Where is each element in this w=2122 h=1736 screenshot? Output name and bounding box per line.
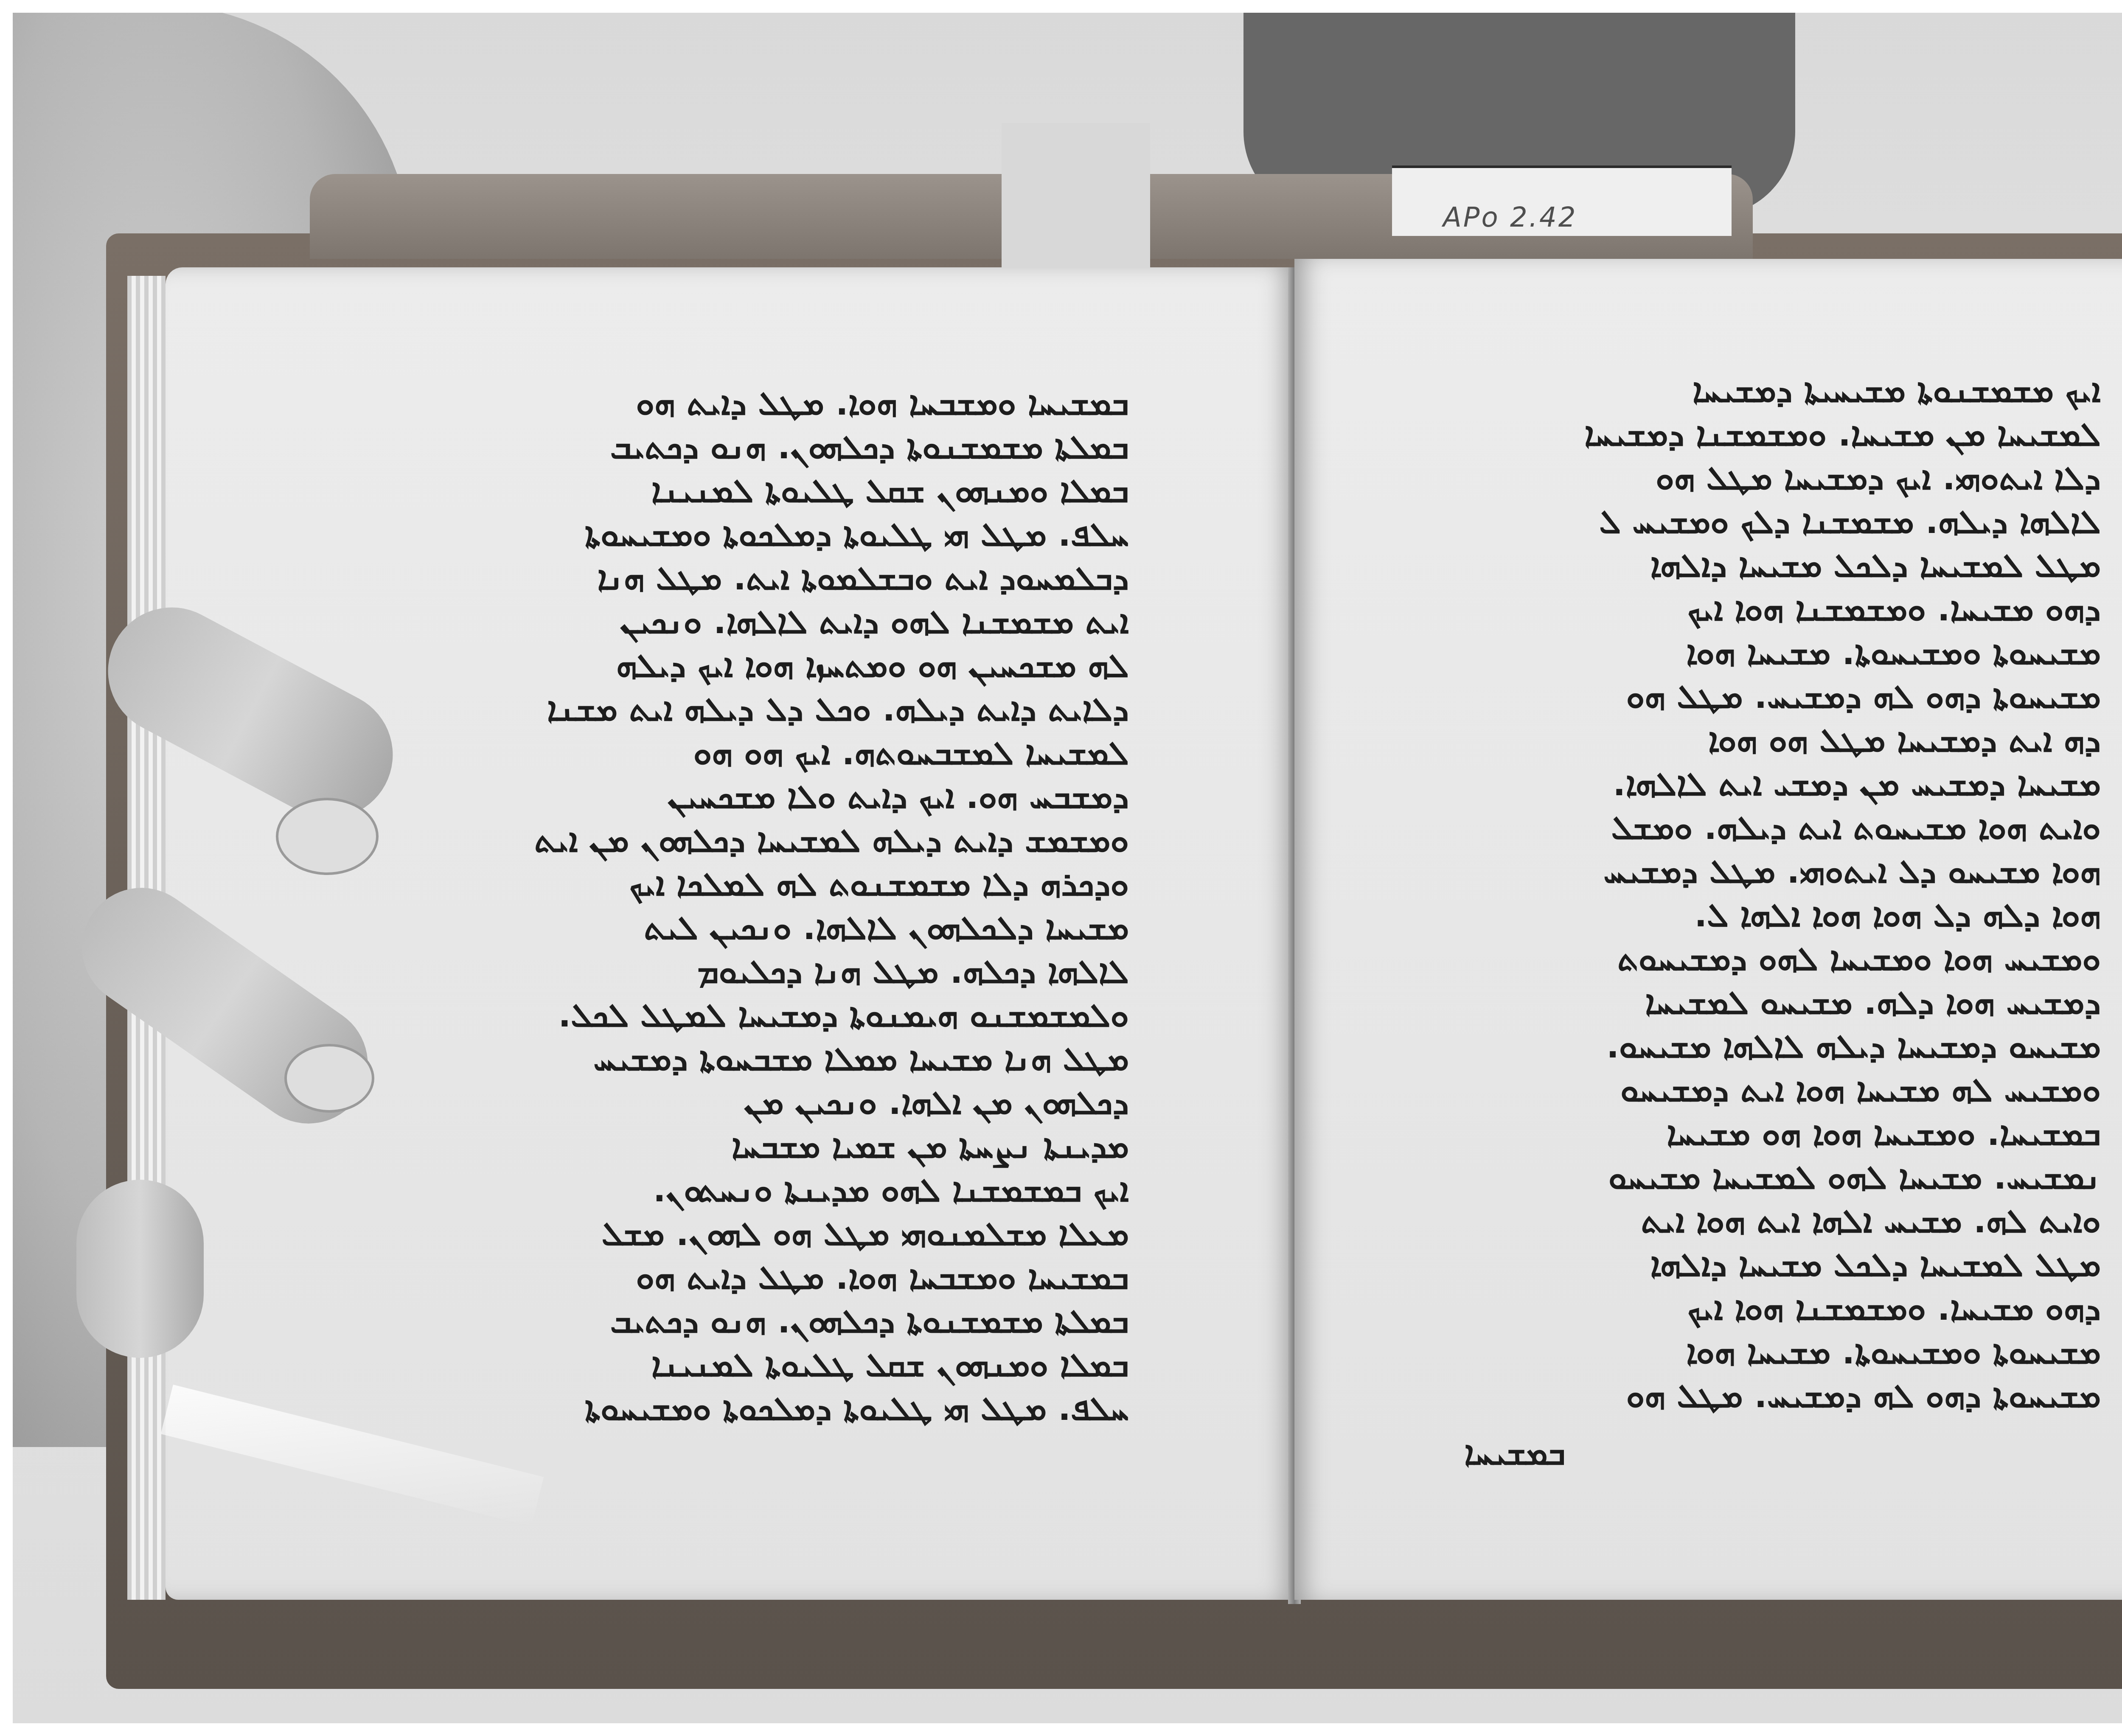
text-line: ܘܐܝܬ ܗܘܐ ܡܫܝܚܘܬ ܐܝܬ ܕܝܠܗ. ܘܡܫܠ bbox=[1451, 806, 2101, 850]
text-line: ܡܫܝܚܘܬܐ ܕܗܘ ܠܗ ܕܡܫܝܚ. ܡܛܠ ܗܘ bbox=[1451, 1374, 2101, 1418]
text-line: ܕܒܠܡܚܘܕ ܐܝܬ ܘܒܫܠܡܘܬܐ ܐܝܬ. ܡܛܠ ܗܢܐ bbox=[492, 557, 1129, 600]
text-line: ܕܗܘ ܡܫܝܚܐ. ܘܡܫܡܫܢܐ ܗܘܐ ܐܝܟ bbox=[1451, 588, 2101, 631]
text-line: ܕܠܐ ܐܝܬܘܗܝ. ܐܝܟ ܕܡܫܝܚܐ ܡܛܠ ܗܘ bbox=[1451, 457, 2101, 500]
text-line: ܕܡܫܝܚ ܗܘܐ ܕܠܗ. ܡܫܝܚܘ ܠܡܫܝܚܐ bbox=[1451, 981, 2101, 1025]
text-line: ܒܡܠܐ ܘܡܢܗܘܢ ܫܩܠ ܛܠܝܘܬܐ ܠܡܢܝܢܐ bbox=[492, 469, 1129, 513]
text-line: ܐܝܟ ܒܡܫܡܫܢܐ ܠܗܘ ܡܕܝܢܬܐ ܘܢܚܬܘܢ. bbox=[492, 1169, 1129, 1212]
left-fingernail bbox=[284, 1044, 374, 1113]
right-page-text: ܐܝܟ ܡܫܡܫܢܘܬܐ ܡܫܝܚܝܬܐ ܕܡܫܝܚܐ ܠܡܫܝܚܐ ܡܢ ܡܫ… bbox=[1451, 369, 2101, 1418]
left-thumbnail bbox=[276, 798, 379, 875]
left-page-text: ܒܡܫܝܚܐ ܘܡܫܒܚܐ ܗܘܐ. ܡܛܠ ܕܐܝܬ ܗܘ ܒܡܠܬܐ ܡܫܡ… bbox=[492, 382, 1129, 1431]
text-line: ܒܡܠܐ ܘܡܢܗܘܢ ܫܩܠ ܛܠܝܘܬܐ ܠܡܢܝܢܐ bbox=[492, 1343, 1129, 1387]
text-line: ܕܗ ܐܝܬ ܕܡܫܝܚܐ ܡܛܠ ܗܘ ܗܘܐ bbox=[1451, 719, 2101, 763]
text-line: ܢܡܫܝܚ. ܡܫܝܚܐ ܠܗܘ ܠܡܫܝܚܐ ܡܫܝܚܘ bbox=[1451, 1156, 2101, 1200]
text-line: ܡܫܝܚܘܬܐ ܘܡܫܝܚܘܬܐ. ܡܫܝܚܐ ܗܘܐ bbox=[1451, 1331, 2101, 1374]
text-line: ܡܫܝܚܘ ܕܡܫܝܚܐ ܕܝܠܗ ܠܐܠܗܐ ܡܫܝܚܘ. bbox=[1451, 1025, 2101, 1069]
text-line: ܡܥܠܐ ܡܫܠܡܢܘܗܝ ܡܛܠ ܗܘ ܠܗܘܢ. ܡܫܠ bbox=[492, 1212, 1129, 1256]
text-line: ܒܡܫܝܚܐ. ܘܡܫܝܚܐ ܗܘܐ ܗܘ ܡܫܝܚܐ bbox=[1451, 1112, 2101, 1156]
text-line: ܗܘܐ ܕܠܗ ܕܠ ܗܘܐ ܗܘܐ ܐܠܗܐ ܠ. bbox=[1451, 894, 2101, 937]
text-line: ܡܛܠ ܗܢܐ ܡܫܝܚܐ ܡܡܠܐ ܡܫܒܚܘܬܐ ܕܡܫܝܚ bbox=[492, 1038, 1129, 1081]
text-line: ܠܗ ܡܫܟܚܝܢ ܗܘ ܘܡܬܚܙܐ ܗܘܐ ܐܝܟ ܕܝܠܗ bbox=[492, 644, 1129, 688]
text-line: ܠܡܫܝܚܐ ܡܢ ܡܫܝܚܐ. ܘܡܫܡܫܢܐ ܕܡܫܝܚܐ bbox=[1451, 413, 2101, 457]
text-line: ܡܛܠ ܠܡܫܝܚܐ ܕܠܟܠ ܡܫܝܚܐ ܕܐܠܗܐ bbox=[1451, 1243, 2101, 1287]
text-line: ܗܘܐ ܡܫܝܚܘ ܕܠ ܐܝܬܘܗܝ. ܡܛܠ ܕܡܫܝܚ bbox=[1451, 850, 2101, 894]
right-page: ܗ ܐ ܐܝܟ ܡܫܡܫܢܘܬܐ ܡܫܝܚܝܬܐ ܕܡܫܝܚܐ ܠܡܫܝܚܐ ܡ… bbox=[1294, 259, 2122, 1600]
text-line: ܐܝܟ ܡܫܡܫܢܘܬܐ ܡܫܝܚܝܬܐ ܕܡܫܝܚܐ bbox=[1451, 369, 2101, 413]
text-line: ܘܠܡܫܡܫܢܘ ܗܝܡܢܘܬܐ ܕܡܫܝܚܐ ܠܡܛܠ ܠܟܠ. bbox=[492, 994, 1129, 1038]
open-manuscript: ܒܡܫܝܚܐ ܘܡܫܒܚܐ ܗܘܐ. ܡܛܠ ܕܐܝܬ ܗܘ ܒܡܠܬܐ ܡܫܡ… bbox=[119, 250, 2122, 1651]
text-line: ܡܫܝܚܘܬܐ ܕܗܘ ܠܗ ܕܡܫܝܚ. ܡܛܠ ܗܘ bbox=[1451, 675, 2101, 719]
text-line: ܚܠܦ. ܡܛܠ ܗܝ ܛܠܝܘܬܐ ܕܡܠܟܘܬܐ ܘܡܫܝܚܘܬܐ bbox=[492, 1387, 1129, 1431]
text-line: ܒܡܠܬܐ ܡܫܡܫܢܘܬܐ ܕܟܠܗܘܢ. ܗܢܘ ܕܟܬܝܒ bbox=[492, 1300, 1129, 1343]
shelf-label-text: APo 2.42 bbox=[1443, 202, 1577, 233]
text-line: ܠܐܠܗܐ ܕܝܠܗ. ܡܫܡܫܢܐ ܕܠܟ ܘܡܫܝܚ ܠ bbox=[1451, 500, 2101, 544]
text-line: ܘܕܟܪܗ ܕܠܐ ܡܫܡܫܢܘܬ ܠܗ ܠܡܠܟܐ ܐܝܟ bbox=[492, 863, 1129, 906]
text-line: ܕܗܘ ܡܫܝܚܐ. ܘܡܫܡܫܢܐ ܗܘܐ ܐܝܟ bbox=[1451, 1287, 2101, 1331]
text-line: ܡܕܝܢܬܐ ܢܨܚܬܐ ܡܢ ܫܡܝܐ ܡܫܒܚܐ bbox=[492, 1125, 1129, 1169]
text-line: ܘܐܝܬ ܠܗ. ܡܫܝܚ ܐܠܗܐ ܐܝܬ ܗܘܐ ܐܝܬ bbox=[1451, 1200, 2101, 1243]
text-line: ܐܝܬ ܡܫܡܫܢܐ ܠܗܘ ܕܐܝܬ ܠܐܠܗܐ. ܘܢܟܝܢ bbox=[492, 600, 1129, 644]
text-line: ܡܫܝܚܐ ܕܡܫܝܚ ܡܢ ܕܡܫܝ ܐܝܬ ܠܐܠܗܐ. bbox=[1451, 763, 2101, 806]
text-line: ܠܡܫܝܚܐ ܠܡܫܒܚܘܬܗ. ܐܝܟ ܗܘ ܗܘ bbox=[492, 732, 1129, 775]
left-page: ܒܡܫܝܚܐ ܘܡܫܒܚܐ ܗܘܐ. ܡܛܠ ܕܐܝܬ ܗܘ ܒܡܠܬܐ ܡܫܡ… bbox=[166, 267, 1294, 1600]
catchword: ܒܡܫܝܚܐ bbox=[1464, 1434, 1565, 1473]
text-line: ܒܡܠܬܐ ܡܫܡܫܢܘܬܐ ܕܟܠܗܘܢ. ܗܢܘ ܕܟܬܝܒ bbox=[492, 426, 1129, 469]
text-line: ܒܡܫܝܚܐ ܘܡܫܒܚܐ ܗܘܐ. ܡܛܠ ܕܐܝܬ ܗܘ bbox=[492, 1256, 1129, 1300]
text-line: ܕܠܐܝܬ ܕܐܝܬ ܕܝܠܗ. ܘܟܠ ܕܠ ܕܝܠܗ ܐܝܬ ܡܫܢܐ bbox=[492, 688, 1129, 732]
text-line: ܡܫܝܚܐ ܕܠܟܠܗܘܢ ܠܐܠܗܐ. ܘܢܟܝܢ ܠܝܬ bbox=[492, 906, 1129, 950]
text-line: ܠܐܠܗܐ ܕܟܠܗ. ܡܛܠ ܗܢܐ ܕܟܠܝܘܡ bbox=[492, 950, 1129, 994]
text-line: ܘܡܫܝܚ ܠܗ ܡܫܝܚܐ ܗܘܐ ܐܝܬ ܕܡܫܝܚܘ bbox=[1451, 1069, 2101, 1112]
shelf-label: APo 2.42 bbox=[1392, 165, 1732, 236]
left-finger-bottom bbox=[76, 1180, 204, 1358]
text-line: ܕܡܫܒܚ ܗܘ. ܐܝܟ ܕܐܝܬ ܘܠܐ ܡܫܟܚܝܢ bbox=[492, 775, 1129, 819]
text-line: ܘܡܫܡܫ ܕܐܝܬ ܕܝܠܗ ܠܡܫܝܚܐ ܕܟܠܗܘܢ ܡܢ ܐܝܬ bbox=[492, 819, 1129, 863]
text-line: ܚܠܦ. ܡܛܠ ܗܝ ܛܠܝܘܬܐ ܕܡܠܟܘܬܐ ܘܡܫܝܚܘܬܐ bbox=[492, 513, 1129, 557]
manuscript-photograph: APo 2.42 ܒܡܫܝܚܐ ܘܡܫܒܚܐ ܗܘܐ. ܡܛܠ ܕܐܝܬ ܗܘ … bbox=[13, 13, 2122, 1723]
text-line: ܘܡܫܝܚ ܗܘܐ ܘܡܫܝܚܐ ܠܗܘ ܕܡܫܝܚܘܬ bbox=[1451, 937, 2101, 981]
text-line: ܡܫܝܚܘܬܐ ܘܡܫܝܚܘܬܐ. ܡܫܝܚܐ ܗܘܐ bbox=[1451, 631, 2101, 675]
text-line: ܒܡܫܝܚܐ ܘܡܫܒܚܐ ܗܘܐ. ܡܛܠ ܕܐܝܬ ܗܘ bbox=[492, 382, 1129, 426]
text-line: ܕܟܠܗܘܢ ܡܢ ܐܠܗܐ. ܘܢܟܝܢ ܡܢ bbox=[492, 1081, 1129, 1125]
text-line: ܡܛܠ ܠܡܫܝܚܐ ܕܠܟܠ ܡܫܝܚܐ ܕܐܠܗܐ bbox=[1451, 544, 2101, 588]
